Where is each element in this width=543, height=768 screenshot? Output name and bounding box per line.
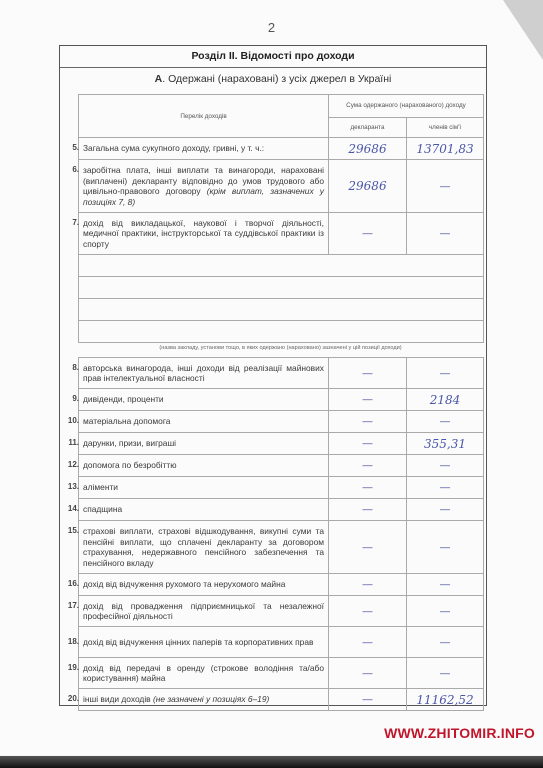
family-amount: — xyxy=(407,477,484,499)
institution-line-4 xyxy=(79,321,484,343)
table-row: 19.дохід від передачі в оренду (строкове… xyxy=(79,658,484,689)
table-row: 13.аліменти—— xyxy=(79,477,484,499)
row-number: 11. xyxy=(63,438,79,448)
header-family: членів сім'ї xyxy=(407,117,484,137)
income-type: допомога по безробіттю xyxy=(83,460,176,470)
income-section-frame: Розділ ІІ. Відомості про доходи А. Одерж… xyxy=(59,45,487,706)
declarant-amount: — xyxy=(329,658,407,689)
family-amount: 13701,83 xyxy=(407,138,484,160)
row-number: 19. xyxy=(63,663,79,673)
row-number: 10. xyxy=(63,416,79,426)
family-amount: — xyxy=(407,627,484,658)
header-income-list: Перелік доходів xyxy=(79,95,329,138)
family-amount: 355,31 xyxy=(407,433,484,455)
declarant-amount: — xyxy=(329,689,407,711)
declarant-amount: — xyxy=(329,596,407,627)
family-amount: — xyxy=(407,213,484,255)
declarant-amount: — xyxy=(329,411,407,433)
table-row: 5.Загальна сума сукупного доходу, гривні… xyxy=(79,138,484,160)
row-number: 12. xyxy=(63,460,79,470)
income-type: дохід від викладацької, наукової і творч… xyxy=(83,218,324,249)
declarant-amount: 29686 xyxy=(329,138,407,160)
income-type: дарунки, призи, виграші xyxy=(83,438,176,448)
declarant-amount: — xyxy=(329,455,407,477)
table-row: 17.дохід від провадження підприємницької… xyxy=(79,596,484,627)
income-type: дохід від передачі в оренду (строкове во… xyxy=(83,663,324,684)
table-header-row: Перелік доходів Сума одержаного (нарахов… xyxy=(79,95,484,118)
income-type: страхові виплати, страхові відшкодування… xyxy=(83,526,324,568)
subsection-title: А. Одержані (нараховані) з усіх джерел в… xyxy=(60,68,486,90)
income-type: дохід від провадження підприємницької та… xyxy=(83,601,324,622)
income-type: Загальна сума сукупного доходу, гривні, … xyxy=(83,143,264,153)
bottom-bar xyxy=(0,756,543,768)
declarant-amount: — xyxy=(329,433,407,455)
table-row: 8.авторська винагорода, інші доходи від … xyxy=(79,358,484,389)
institution-line-1 xyxy=(79,255,484,277)
row-number: 15. xyxy=(63,526,79,536)
institution-note: (назва закладу, установи тощо, в яких од… xyxy=(78,343,483,357)
table-row: 6.заробітна плата, інші виплати та винаг… xyxy=(79,160,484,213)
header-declarant: декларанта xyxy=(329,117,407,137)
institution-line-3 xyxy=(79,299,484,321)
family-amount: — xyxy=(407,596,484,627)
declarant-amount: — xyxy=(329,213,407,255)
table-row: 9.дивіденди, проценти—2184 xyxy=(79,389,484,411)
table-row: 12.допомога по безробіттю—— xyxy=(79,455,484,477)
declarant-amount: — xyxy=(329,477,407,499)
declarant-amount: — xyxy=(329,499,407,521)
declarant-amount: — xyxy=(329,574,407,596)
income-table: Перелік доходів Сума одержаного (нарахов… xyxy=(78,94,484,343)
declarant-amount: — xyxy=(329,521,407,574)
section-title: Розділ ІІ. Відомості про доходи xyxy=(60,46,486,68)
income-type: дохід від відчуження рухомого та нерухом… xyxy=(83,579,285,589)
income-type: аліменти xyxy=(83,482,118,492)
table-row: 11.дарунки, призи, виграші—355,31 xyxy=(79,433,484,455)
table-row: 15.страхові виплати, страхові відшкодува… xyxy=(79,521,484,574)
declarant-amount: — xyxy=(329,627,407,658)
subsection-text: . Одержані (нараховані) з усіх джерел в … xyxy=(162,73,391,85)
income-table-continued: 8.авторська винагорода, інші доходи від … xyxy=(78,357,484,711)
family-amount: — xyxy=(407,499,484,521)
row-number: 18. xyxy=(63,637,79,647)
row-number: 5. xyxy=(63,143,79,153)
declarant-amount: — xyxy=(329,389,407,411)
row-number: 16. xyxy=(63,579,79,589)
family-amount: — xyxy=(407,658,484,689)
institution-line-2 xyxy=(79,277,484,299)
income-type-note: (не зазначені у позиціях 6–19) xyxy=(153,694,269,704)
rows-group-2: 8.авторська винагорода, інші доходи від … xyxy=(79,358,484,711)
page-number: 2 xyxy=(0,20,543,35)
document-page: 2 Розділ ІІ. Відомості про доходи А. Оде… xyxy=(0,0,543,755)
income-type: інші види доходів xyxy=(83,694,153,704)
row-number: 9. xyxy=(63,394,79,404)
table-row: 14.спадщина—— xyxy=(79,499,484,521)
rows-group-1: 5.Загальна сума сукупного доходу, гривні… xyxy=(79,138,484,255)
table-row: 16.дохід від відчуження рухомого та неру… xyxy=(79,574,484,596)
income-type: матеріальна допомога xyxy=(83,416,170,426)
family-amount: — xyxy=(407,455,484,477)
family-amount: — xyxy=(407,358,484,389)
row-number: 17. xyxy=(63,601,79,611)
row-number: 20. xyxy=(63,694,79,704)
row-number: 7. xyxy=(63,218,79,228)
family-amount: — xyxy=(407,574,484,596)
row-number: 13. xyxy=(63,482,79,492)
table-row: 7.дохід від викладацької, наукової і тво… xyxy=(79,213,484,255)
table-row: 18.дохід від відчуження цінних паперів т… xyxy=(79,627,484,658)
declarant-amount: — xyxy=(329,358,407,389)
site-watermark: WWW.ZHITOMIR.INFO xyxy=(384,725,535,741)
table-row: 10.матеріальна допомога—— xyxy=(79,411,484,433)
income-type: спадщина xyxy=(83,504,122,514)
row-number: 6. xyxy=(63,165,79,175)
income-type: авторська винагорода, інші доходи від ре… xyxy=(83,363,324,384)
declarant-amount: 29686 xyxy=(329,160,407,213)
family-amount: — xyxy=(407,521,484,574)
income-table-wrapper: Перелік доходів Сума одержаного (нарахов… xyxy=(78,94,483,711)
table-row: 20.інші види доходів (не зазначені у поз… xyxy=(79,689,484,711)
income-type: дохід від відчуження цінних паперів та к… xyxy=(83,637,313,647)
header-sum: Сума одержаного (нарахованого) доходу xyxy=(329,95,484,118)
family-amount: 11162,52 xyxy=(407,689,484,711)
family-amount: 2184 xyxy=(407,389,484,411)
row-number: 14. xyxy=(63,504,79,514)
family-amount: — xyxy=(407,411,484,433)
family-amount: — xyxy=(407,160,484,213)
income-type: дивіденди, проценти xyxy=(83,394,164,404)
row-number: 8. xyxy=(63,363,79,373)
